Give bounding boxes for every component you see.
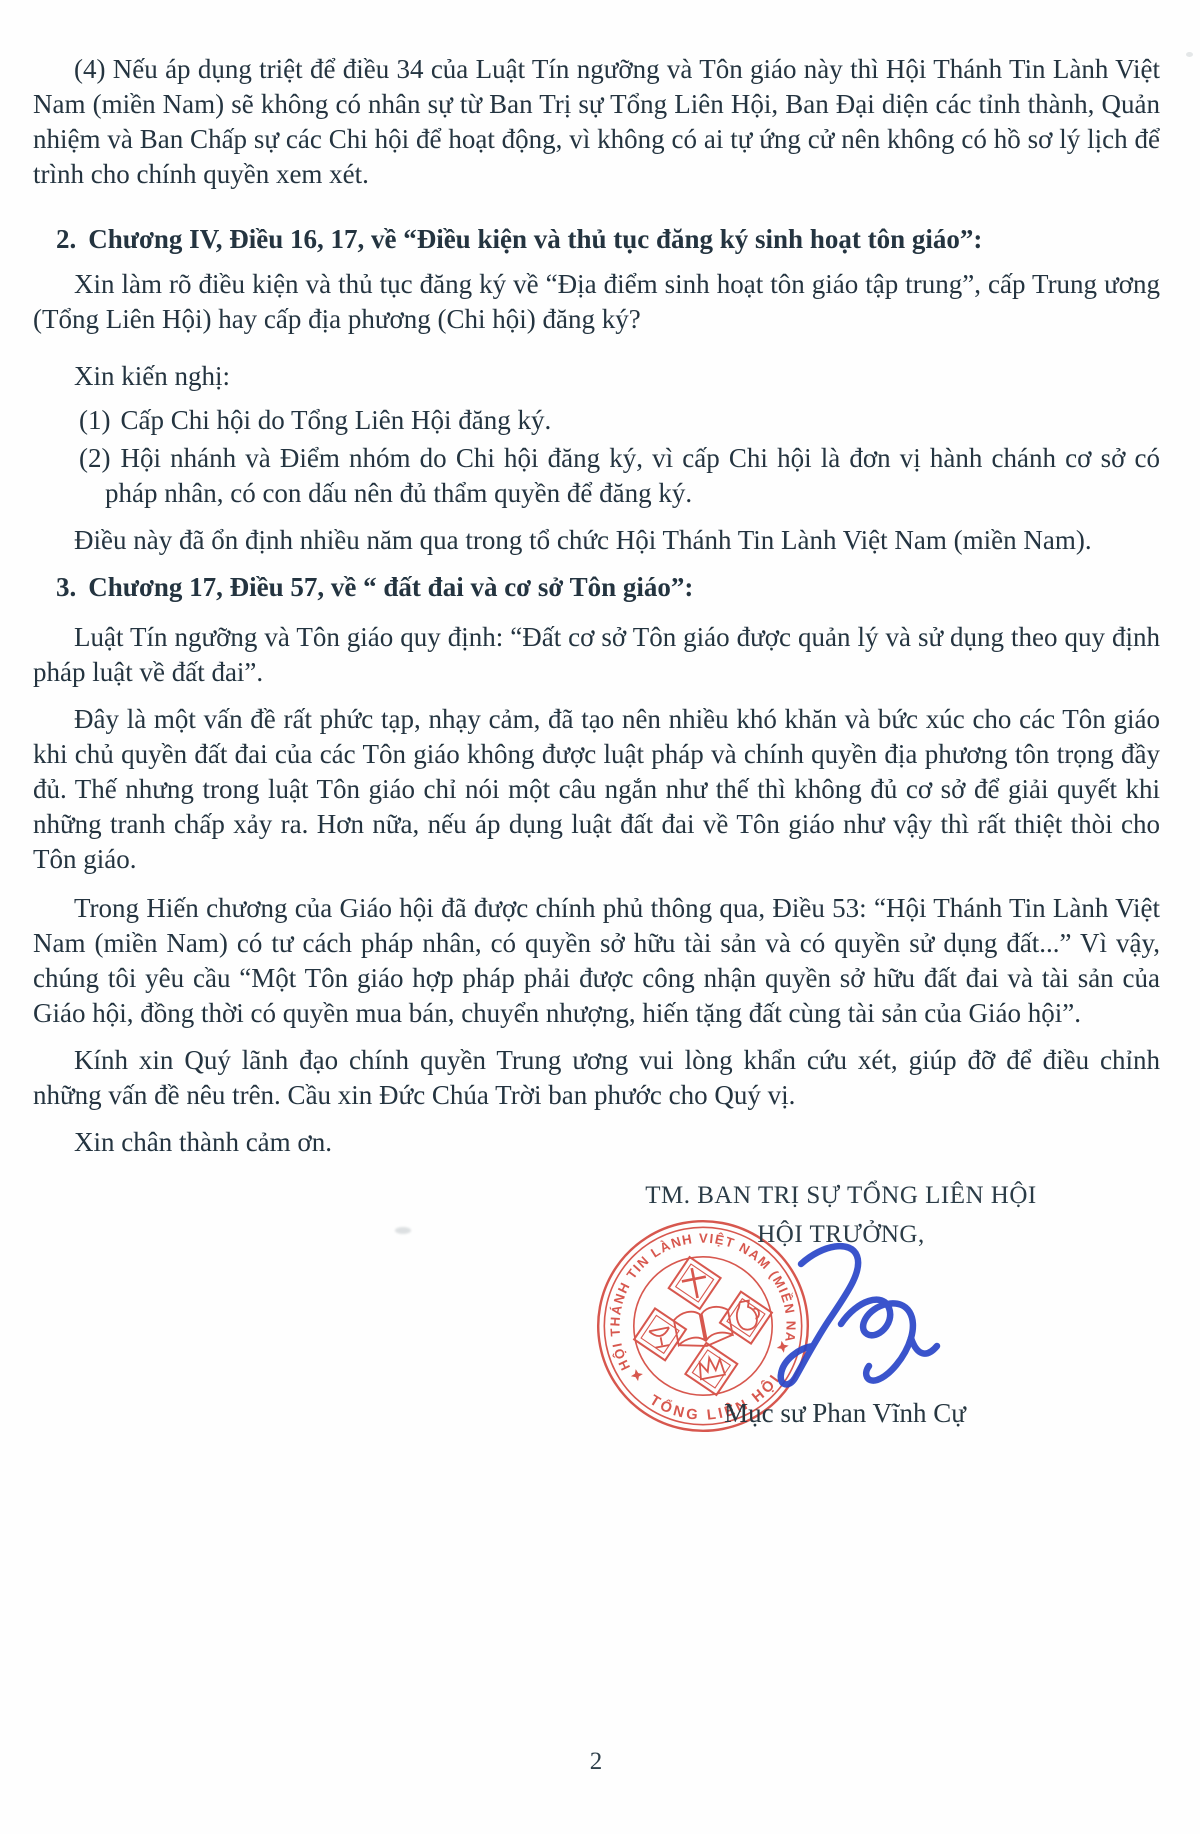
scan-speck (1186, 52, 1193, 57)
petition-item-2-text: Hội nhánh và Điểm nhóm do Chi hội đăng k… (105, 443, 1160, 508)
handwritten-signature (765, 1238, 965, 1398)
signer-name: Mục sư Phan Vĩnh Cự (620, 1398, 1070, 1429)
paragraph-law: Luật Tín ngưỡng và Tôn giáo quy định: “Đ… (33, 620, 1160, 690)
paragraph-appeal: Kính xin Quý lãnh đạo chính quyền Trung … (33, 1043, 1160, 1113)
on-behalf-line: TM. BAN TRỊ SỰ TỔNG LIÊN HỘI (541, 1176, 1141, 1215)
section-heading-3: 3.Chương 17, Điều 57, về “ đất đai và cơ… (33, 570, 1160, 605)
section-2-title: Chương IV, Điều 16, 17, về “Điều kiện và… (88, 224, 982, 254)
section-3-number: 3. (56, 572, 88, 602)
paragraph-stable: Điều này đã ổn định nhiều năm qua trong … (33, 523, 1160, 558)
petition-item-1-text: Cấp Chi hội do Tổng Liên Hội đăng ký. (120, 405, 551, 435)
section-2-number: 2. (56, 224, 88, 254)
petition-item-1-number: (1) (79, 405, 120, 435)
scan-smudge (395, 1227, 411, 1234)
petition-item-1: (1)Cấp Chi hội do Tổng Liên Hội đăng ký. (105, 403, 1160, 438)
star-separator-icon (630, 1368, 644, 1382)
document-page: (4) Nếu áp dụng triệt để điều 34 của Luậ… (0, 0, 1200, 1834)
emblem-bottom-diamond (680, 1338, 742, 1400)
paragraph-charter: Trong Hiến chương của Giáo hội đã được c… (33, 891, 1160, 1031)
petition-item-2-number: (2) (79, 443, 120, 473)
paragraph-point-4: (4) Nếu áp dụng triệt để điều 34 của Luậ… (33, 52, 1160, 192)
paragraph-clarify: Xin làm rõ điều kiện và thủ tục đăng ký … (33, 267, 1160, 337)
section-3-title: Chương 17, Điều 57, về “ đất đai và cơ s… (88, 572, 693, 602)
paragraph-thanks: Xin chân thành cảm ơn. (33, 1125, 1160, 1160)
signature-strokes (765, 1238, 965, 1398)
section-heading-2: 2.Chương IV, Điều 16, 17, về “Điều kiện … (33, 222, 1160, 257)
letter-body: (4) Nếu áp dụng triệt để điều 34 của Luậ… (0, 0, 1200, 1160)
emblem-left-diamond (629, 1303, 691, 1365)
emblem-bottom-diamond-inner (689, 1346, 734, 1391)
petition-item-2: (2)Hội nhánh và Điểm nhóm do Chi hội đăn… (105, 441, 1160, 511)
page-number: 2 (0, 1748, 1192, 1776)
paragraph-issue: Đây là một vấn đề rất phức tạp, nhạy cảm… (33, 702, 1160, 877)
petition-intro: Xin kiến nghị: (33, 359, 1160, 394)
cross-icon (680, 1266, 710, 1301)
